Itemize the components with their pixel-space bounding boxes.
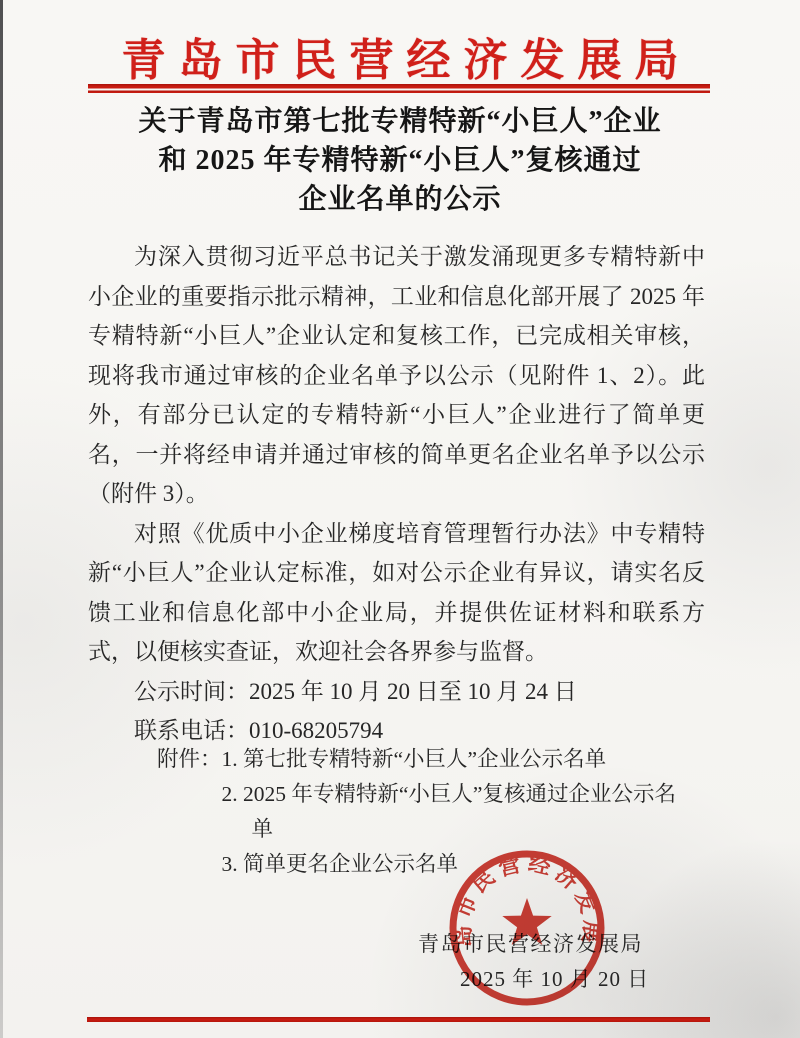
paragraph-1: 为深入贯彻习近平总书记关于激发涌现更多专精特新中小企业的重要指示批示精神，工业和… bbox=[88, 237, 705, 514]
official-seal: 青岛市民营经济发展局 bbox=[437, 838, 617, 1018]
paragraph-2: 对照《优质中小企业梯度培育管理暂行办法》中专精特新“小巨人”企业认定标准，如对公… bbox=[88, 514, 705, 672]
seal-star-icon bbox=[502, 898, 551, 945]
document-title-line-1: 关于青岛市第七批专精特新“小巨人”企业 bbox=[0, 102, 800, 141]
red-rule-bottom bbox=[87, 1017, 710, 1022]
body-text: 为深入贯彻习近平总书记关于激发涌现更多专精特新中小企业的重要指示批示精神，工业和… bbox=[88, 237, 705, 751]
attachment-item-2: 2. 2025 年专精特新“小巨人”复核通过企业公示名单 bbox=[222, 777, 692, 847]
attachments-label: 附件： bbox=[157, 742, 222, 777]
publicity-period-line: 公示时间：2025 年 10 月 20 日至 10 月 24 日 bbox=[88, 672, 705, 712]
document-page: 青岛市民营经济发展局 关于青岛市第七批专精特新“小巨人”企业 和 2025 年专… bbox=[0, 0, 800, 1038]
publicity-period-label: 公示时间： bbox=[134, 679, 249, 704]
org-header-title: 青岛市民营经济发展局 bbox=[0, 24, 800, 88]
publicity-period-value: 2025 年 10 月 20 日至 10 月 24 日 bbox=[249, 679, 577, 704]
document-title-line-3: 企业名单的公示 bbox=[0, 180, 800, 219]
contact-phone-label: 联系电话： bbox=[134, 718, 249, 743]
attachment-item-1: 1. 第七批专精特新“小巨人”企业公示名单 bbox=[222, 742, 692, 777]
red-rule-top bbox=[88, 84, 710, 93]
document-title-line-2: 和 2025 年专精特新“小巨人”复核通过 bbox=[0, 141, 800, 180]
contact-phone-value: 010-68205794 bbox=[249, 718, 383, 743]
document-title: 关于青岛市第七批专精特新“小巨人”企业 和 2025 年专精特新“小巨人”复核通… bbox=[0, 102, 800, 219]
